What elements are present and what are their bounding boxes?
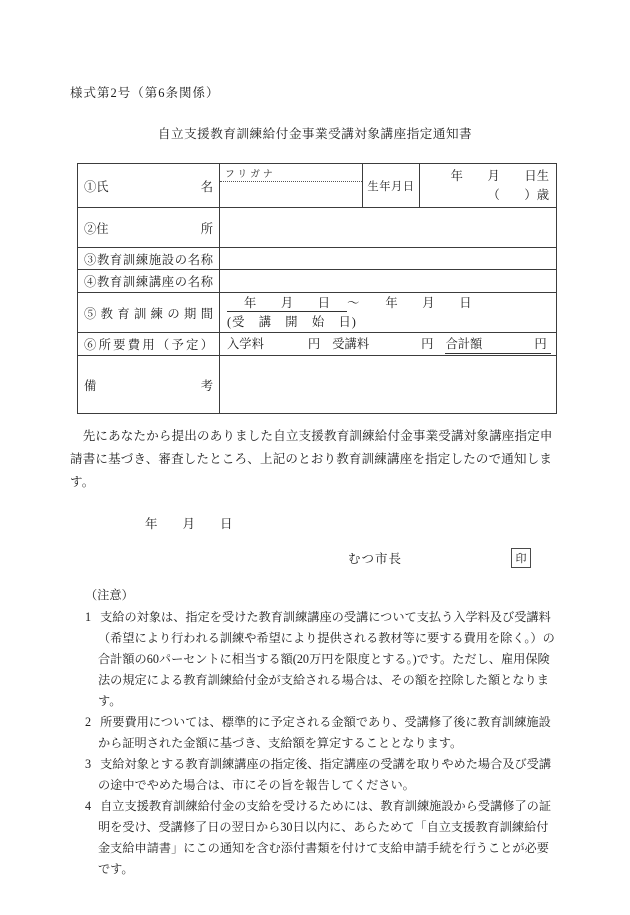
course-fee-yen: 円 [421, 334, 433, 352]
note-number: 3 [85, 757, 91, 771]
note-number: 4 [85, 799, 91, 813]
period-end-date: 年 月 日 [385, 296, 471, 310]
note-item-2: 2所要費用については、標準的に予定される金額であり、受講修了後に教育訓練施設から… [85, 712, 559, 754]
seal-mark: 印 [511, 548, 531, 568]
table-row-course: ④教育訓練講座の名称 [78, 270, 556, 293]
total-label: 合計額 [445, 334, 482, 352]
cost-field-label: ⑥所要費用（予定） [78, 333, 220, 355]
form-number: 様式第2号（第6条関係） [70, 83, 560, 101]
document-page: 様式第2号（第6条関係） 自立支援教育訓練給付金事業受講対象講座指定通知書 ①氏… [0, 0, 630, 915]
age-line: （ ）歳 [488, 186, 550, 205]
period-entry-area: 年 月 日～年 月 日 (受 講 開 始 日) [220, 293, 556, 332]
facility-blank-field [220, 248, 556, 269]
total-yen: 円 [534, 334, 546, 352]
table-row-address: ②住 所 [78, 208, 556, 248]
note-text: 支給の対象は、指定を受けた教育訓練講座の受講について支払う入学料及び受講料（希望… [98, 610, 555, 708]
address-blank-field [220, 208, 556, 247]
issue-date-line: 年 月 日 [145, 514, 560, 532]
table-row-remarks: 備 考 [78, 356, 556, 413]
course-field-label: ④教育訓練講座の名称 [78, 270, 220, 292]
table-row-cost: ⑥所要費用（予定） 入学料円受講料円合計額円 [78, 333, 556, 356]
furigana-label: フリガナ [220, 164, 362, 182]
mayor-name: むつ市長 [348, 549, 402, 567]
period-date-line: 年 月 日～年 月 日 [227, 294, 549, 313]
note-number: 1 [85, 610, 91, 624]
notes-section: （注意） 1支給の対象は、指定を受けた教育訓練講座の受講について支払う入学料及び… [85, 585, 559, 880]
period-start-date: 年 月 日 [227, 296, 347, 312]
table-row-facility: ③教育訓練施設の名称 [78, 248, 556, 270]
remarks-blank-field [220, 356, 556, 413]
note-text: 自立支援教育訓練給付金の支給を受けるためには、教育訓練施設から受講修了の証明を受… [98, 799, 551, 876]
note-text: 支給対象とする教育訓練講座の指定後、指定講座の受講を取りやめた場合及び受講の途中… [98, 757, 551, 792]
birth-date-label: 生年月日 [362, 164, 420, 207]
course-fee-label: 受講料 [332, 334, 369, 352]
birth-date-line: 年 月 日生 [451, 167, 549, 186]
course-blank-field [220, 270, 556, 292]
notes-title: （注意） [85, 585, 559, 606]
name-entry-area: フリガナ [220, 164, 362, 207]
signer-row: むつ市長 印 [70, 549, 560, 569]
period-field-label: ⑤教育訓練の期間 [78, 293, 220, 332]
notification-statement: 先にあなたから提出のありました自立支援教育訓練給付金事業受講対象講座指定申請書に… [70, 425, 562, 494]
page-title: 自立支援教育訓練給付金事業受講対象講座指定通知書 [70, 123, 560, 142]
remarks-field-label: 備 考 [78, 356, 220, 413]
name-blank-field [220, 182, 362, 207]
address-field-label: ②住 所 [78, 208, 220, 247]
table-row-period: ⑤教育訓練の期間 年 月 日～年 月 日 (受 講 開 始 日) [78, 293, 556, 333]
note-item-1: 1支給の対象は、指定を受けた教育訓練講座の受講について支払う入学料及び受講料（希… [85, 607, 559, 712]
note-number: 2 [85, 715, 91, 729]
table-row-name: ①氏 名 フリガナ 生年月日 年 月 日生 （ ）歳 [78, 164, 556, 208]
period-tilde: ～ [347, 296, 359, 310]
period-start-note: (受 講 開 始 日) [227, 313, 549, 332]
note-item-3: 3支給対象とする教育訓練講座の指定後、指定講座の受講を取りやめた場合及び受講の途… [85, 754, 559, 796]
cost-line: 入学料円受講料円合計額円 [227, 334, 551, 354]
note-item-4: 4自立支援教育訓練給付金の支給を受けるためには、教育訓練施設から受講修了の証明を… [85, 796, 559, 880]
birth-date-entry-area: 年 月 日生 （ ）歳 [420, 164, 556, 207]
entry-fee-yen: 円 [308, 334, 320, 352]
name-field-label: ①氏 名 [78, 164, 220, 207]
cost-entry-area: 入学料円受講料円合計額円 [220, 333, 558, 355]
note-text: 所要費用については、標準的に予定される金額であり、受講修了後に教育訓練施設から証… [98, 715, 551, 750]
entry-fee-label: 入学料 [227, 334, 264, 352]
notification-table: ①氏 名 フリガナ 生年月日 年 月 日生 （ ）歳 ②住 所 ③教育訓練施設の… [77, 163, 557, 414]
facility-field-label: ③教育訓練施設の名称 [78, 248, 220, 269]
total-amount-field: 合計額円 [445, 334, 550, 354]
